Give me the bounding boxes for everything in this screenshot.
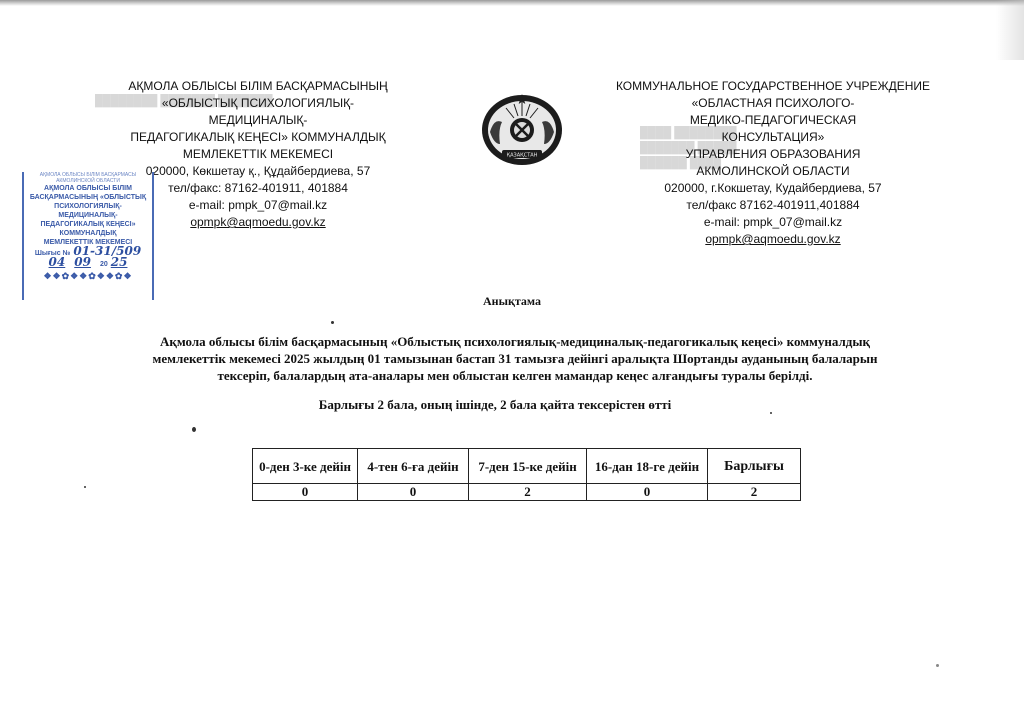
header-right-line: АКМОЛИНСКОЙ ОБЛАСТИ: [608, 163, 938, 180]
header-right-russian: КОММУНАЛЬНОЕ ГОСУДАРСТВЕННОЕ УЧРЕЖДЕНИЕ …: [608, 78, 938, 248]
scan-speck: [936, 664, 939, 667]
stamp-year: 25: [111, 258, 128, 267]
scan-speck: [770, 412, 772, 414]
header-left-line: АҚМОЛА ОБЛЫСЫ БІЛІМ БАСҚАРМАСЫНЫҢ: [118, 78, 398, 95]
document-summary: Барлығы 2 бала, оның ішінде, 2 бала қайт…: [0, 397, 990, 413]
header-right-phone: тел/факс 87162-401911,401884: [608, 197, 938, 214]
document-body: Ақмола облысы білім басқармасының «Облыс…: [140, 333, 890, 384]
header-right-address: 020000, г.Кокшетау, Кудайбердиева, 57: [608, 180, 938, 197]
table-cell: 0: [358, 484, 469, 501]
header-right-line: МЕДИКО-ПЕДАГОГИЧЕСКАЯ: [608, 112, 938, 129]
table-cell: 2: [708, 484, 801, 501]
header-left-line: «ОБЛЫСТЫҚ ПСИХОЛОГИЯЛЫҚ-: [118, 95, 398, 112]
svg-text:ҚАЗАҚСТАН: ҚАЗАҚСТАН: [507, 153, 538, 159]
header-right-email: e-mail: pmpk_07@mail.kz: [608, 214, 938, 231]
header-left-address: 020000, Көкшетау қ., Құдайбердиева, 57: [118, 163, 398, 180]
table-cell: 2: [469, 484, 587, 501]
column-header-4-6: 4-тен 6-ға дейін: [358, 449, 469, 484]
stamp-month: 09: [74, 258, 91, 267]
stamp-day: 04: [49, 258, 66, 267]
header-left-line: МЕДИЦИНАЛЫҚ-: [118, 112, 398, 129]
stamp-line: АҚМОЛА ОБЛЫСЫ БІЛІМ: [24, 184, 152, 193]
state-emblem-icon: ҚАЗАҚСТАН: [476, 88, 568, 168]
header-left-email: e-mail: pmpk_07@mail.kz: [118, 197, 398, 214]
table-cell: 0: [587, 484, 708, 501]
scan-speck: [331, 321, 334, 324]
scan-edge: [0, 0, 1024, 6]
table-row: 0 0 2 0 2: [253, 484, 801, 501]
stamp-line: БАСҚАРМАСЫНЫҢ «ОБЛЫСТЫҚ: [24, 193, 152, 202]
table-cell: 0: [253, 484, 358, 501]
header-left-kazakh: АҚМОЛА ОБЛЫСЫ БІЛІМ БАСҚАРМАСЫНЫҢ «ОБЛЫС…: [118, 78, 398, 231]
scan-speck: [192, 427, 196, 432]
column-header-total: Барлығы: [708, 449, 801, 484]
header-left-line: ПЕДАГОГИКАЛЫҚ КЕҢЕСІ» КОММУНАЛДЫҚ: [118, 129, 398, 146]
stamp-line: МЕДИЦИНАЛЫҚ-: [24, 211, 152, 220]
header-right-email-link[interactable]: opmpk@aqmoedu.gov.kz: [705, 232, 840, 246]
header-right-line: КОНСУЛЬТАЦИЯ»: [608, 129, 938, 146]
header-right-line: «ОБЛАСТНАЯ ПСИХОЛОГО-: [608, 95, 938, 112]
stamp-line: ПСИХОЛОГИЯЛЫҚ-: [24, 202, 152, 211]
scan-edge-right: [996, 0, 1024, 60]
registration-stamp: АҚМОЛА ОБЛЫСЫ БІЛІМ БАСҚАРМАСЫ АКМОЛИНСК…: [22, 172, 154, 300]
stamp-ornament: ❖❖✿❖❖✿❖❖✿❖: [24, 272, 152, 281]
column-header-0-3: 0-ден 3-ке дейін: [253, 449, 358, 484]
column-header-16-18: 16-дан 18-ге дейін: [587, 449, 708, 484]
stamp-year-prefix: 20: [100, 260, 108, 269]
header-left-line: МЕМЛЕКЕТТІК МЕКЕМЕСІ: [118, 146, 398, 163]
header-left-email-link[interactable]: opmpk@aqmoedu.gov.kz: [190, 215, 325, 229]
stamp-line: КОММУНАЛДЫҚ: [24, 229, 152, 238]
table-header-row: 0-ден 3-ке дейін 4-тен 6-ға дейін 7-ден …: [253, 449, 801, 484]
document-title: Анықтама: [0, 294, 1024, 309]
column-header-7-15: 7-ден 15-ке дейін: [469, 449, 587, 484]
header-right-line: УПРАВЛЕНИЯ ОБРАЗОВАНИЯ: [608, 146, 938, 163]
header-right-line: КОММУНАЛЬНОЕ ГОСУДАРСТВЕННОЕ УЧРЕЖДЕНИЕ: [608, 78, 938, 95]
header-left-phone: тел/факс: 87162-401911, 401884: [118, 180, 398, 197]
scan-speck: [84, 486, 86, 488]
age-statistics-table: 0-ден 3-ке дейін 4-тен 6-ға дейін 7-ден …: [252, 448, 801, 501]
stamp-line: ПЕДАГОГИКАЛЫҚ КЕҢЕСІ»: [24, 220, 152, 229]
